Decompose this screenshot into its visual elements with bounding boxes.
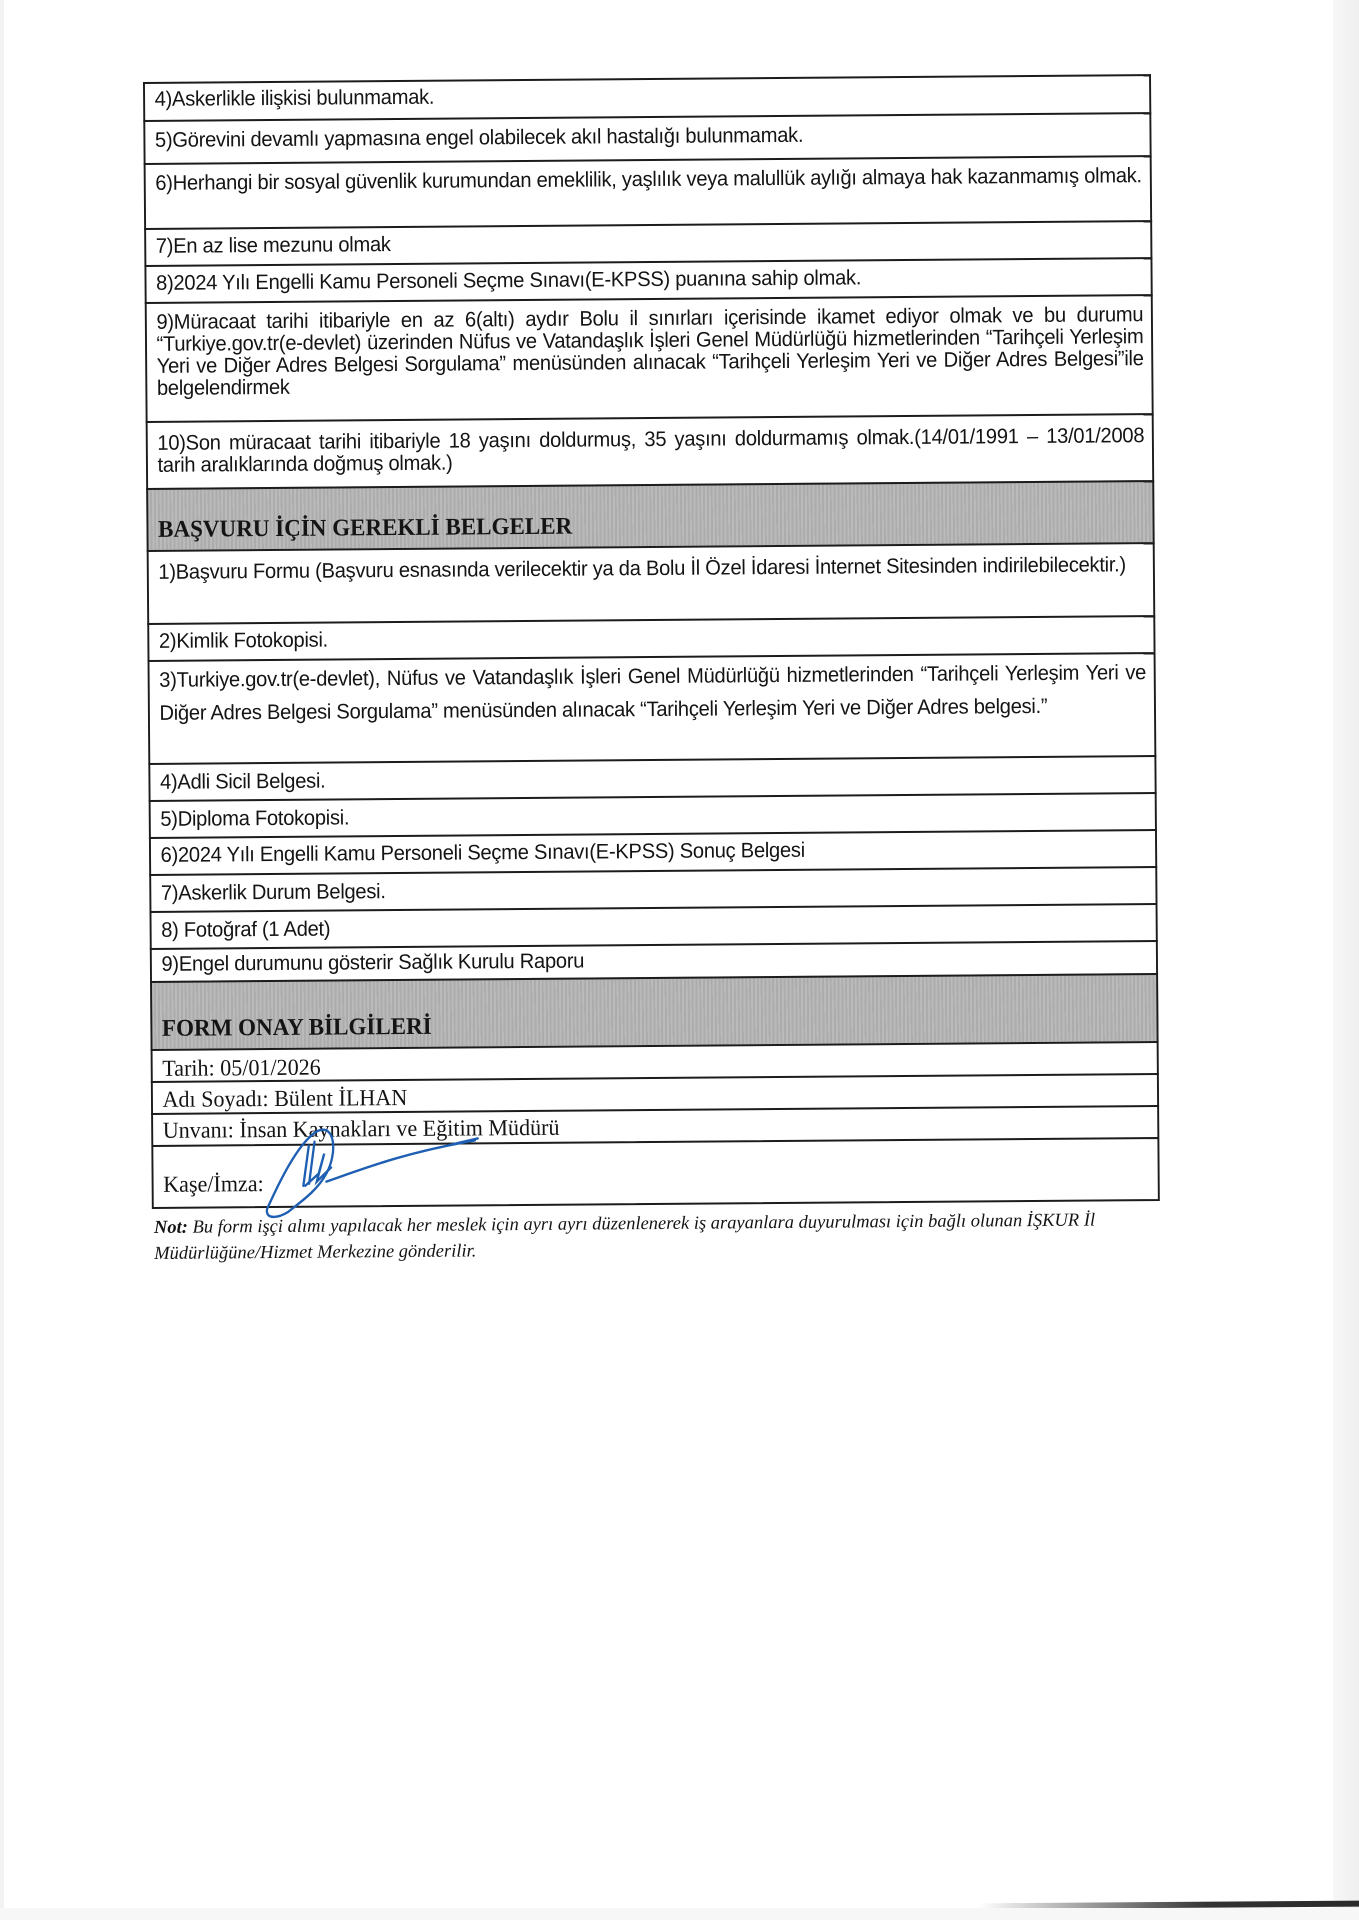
requirement-row: 9)Müracaat tarihi itibariyle en az 6(alt… <box>145 294 1154 421</box>
stamp-signature-label: Kaşe/İmza: <box>163 1170 264 1199</box>
scan-right-edge <box>1333 0 1359 1920</box>
section-heading-required-documents: BAŞVURU İÇİN GEREKLİ BELGELER <box>146 480 1154 550</box>
scan-bottom-strip <box>0 1908 1359 1920</box>
section-heading-text: FORM ONAY BİLGİLERİ <box>162 1014 432 1043</box>
section-heading-text: BAŞVURU İÇİN GEREKLİ BELGELER <box>158 514 572 544</box>
document-row: 1)Başvuru Formu (Başvuru esnasında veril… <box>147 542 1156 623</box>
requirement-row: 6)Herhangi bir sosyal güvenlik kurumunda… <box>144 155 1152 228</box>
scan-left-edge <box>0 0 4 1920</box>
stamp-signature-row: Kaşe/İmza: <box>151 1137 1159 1209</box>
section-heading-form-approval: FORM ONAY BİLGİLERİ <box>150 973 1159 1049</box>
requirement-row: 10)Son müracaat tarihi itibariyle 18 yaş… <box>146 413 1154 488</box>
signature-icon <box>259 1122 490 1224</box>
application-form: 4)Askerlikle ilişkisi bulunmamak. 5)Göre… <box>143 74 1202 1267</box>
document-row: 3)Turkiye.gov.tr(e-devlet), Nüfus ve Vat… <box>148 652 1157 763</box>
footnote-label: Not: <box>154 1218 188 1238</box>
